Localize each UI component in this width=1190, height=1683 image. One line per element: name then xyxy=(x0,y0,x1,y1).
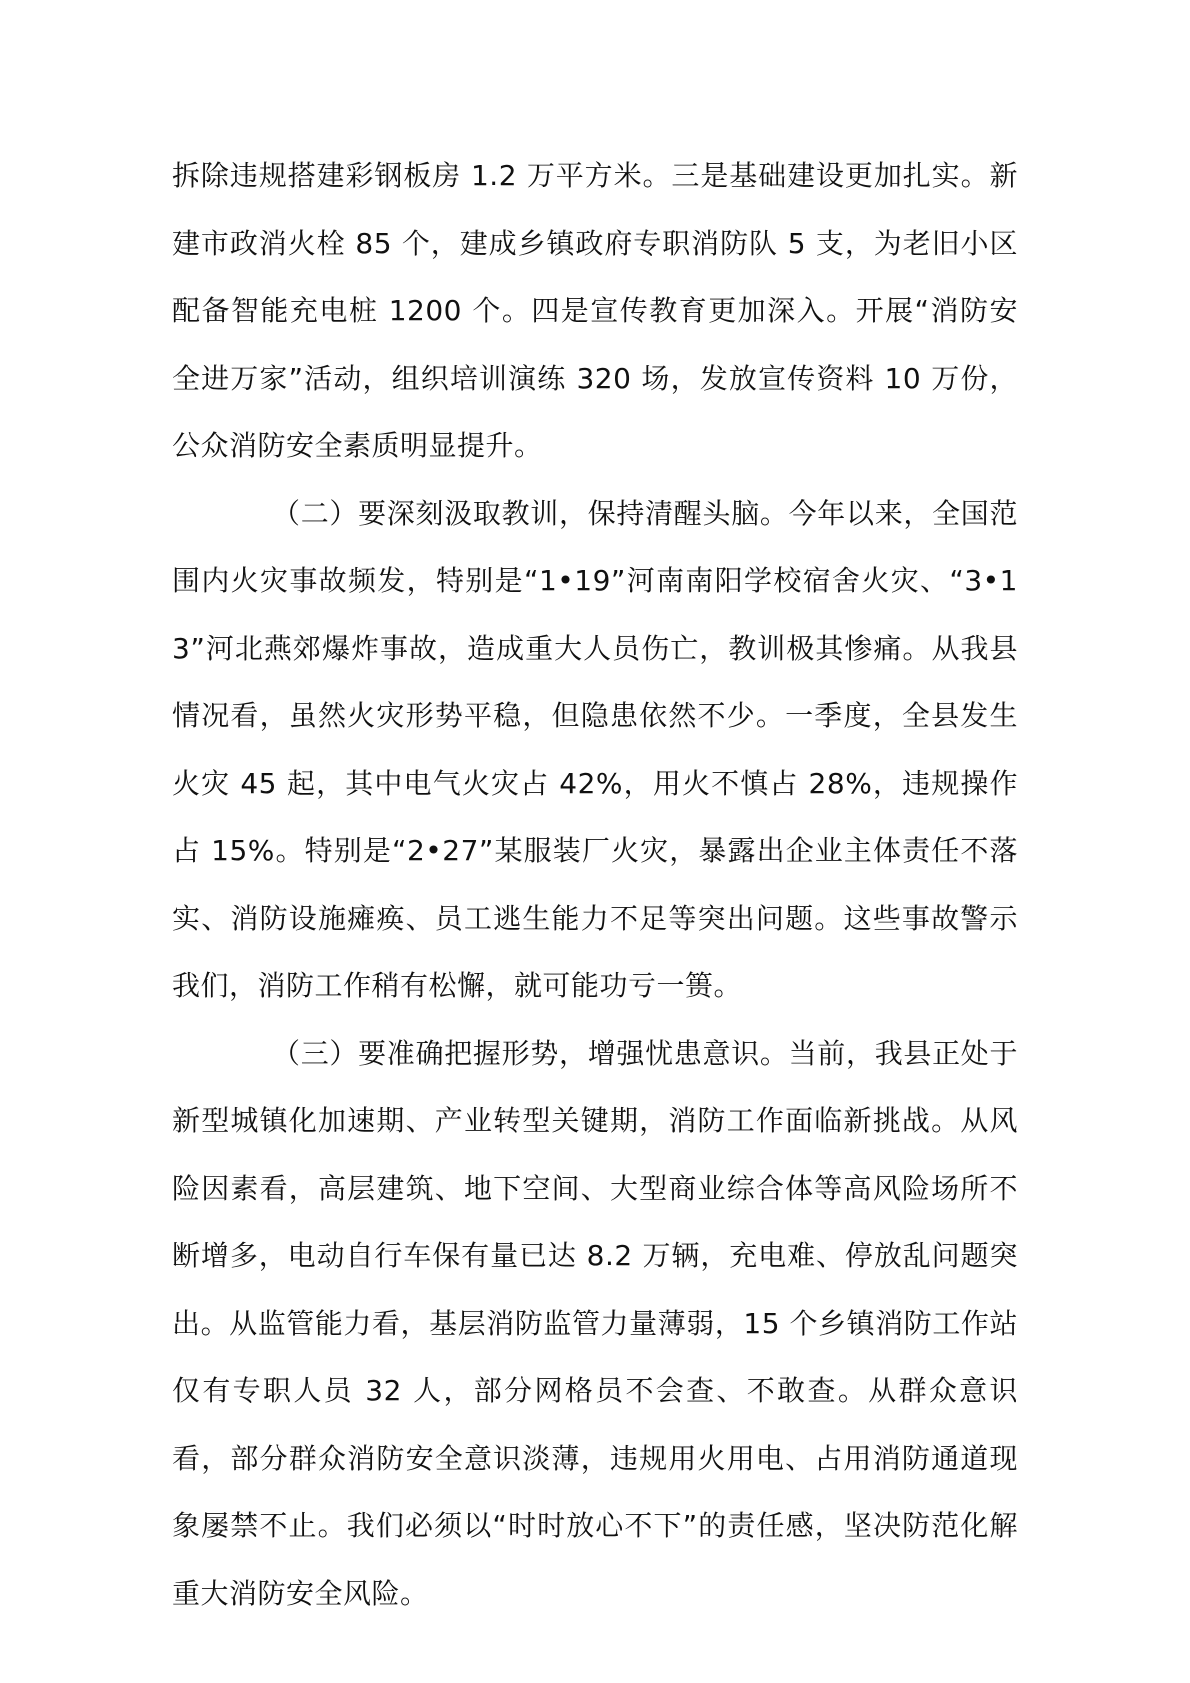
paragraph-lessons: （二）要深刻汲取教训，保持清醒头脑。今年以来，全国范围内火灾事故频发，特别是“1… xyxy=(172,480,1018,1020)
document-page: 拆除违规搭建彩钢板房 1.2 万平方米。三是基础建设更加扎实。新建市政消火栓 8… xyxy=(172,142,1018,1627)
paragraph-achievements: 拆除违规搭建彩钢板房 1.2 万平方米。三是基础建设更加扎实。新建市政消火栓 8… xyxy=(172,142,1018,480)
paragraph-situation: （三）要准确把握形势，增强忧患意识。当前，我县正处于新型城镇化加速期、产业转型关… xyxy=(172,1020,1018,1628)
